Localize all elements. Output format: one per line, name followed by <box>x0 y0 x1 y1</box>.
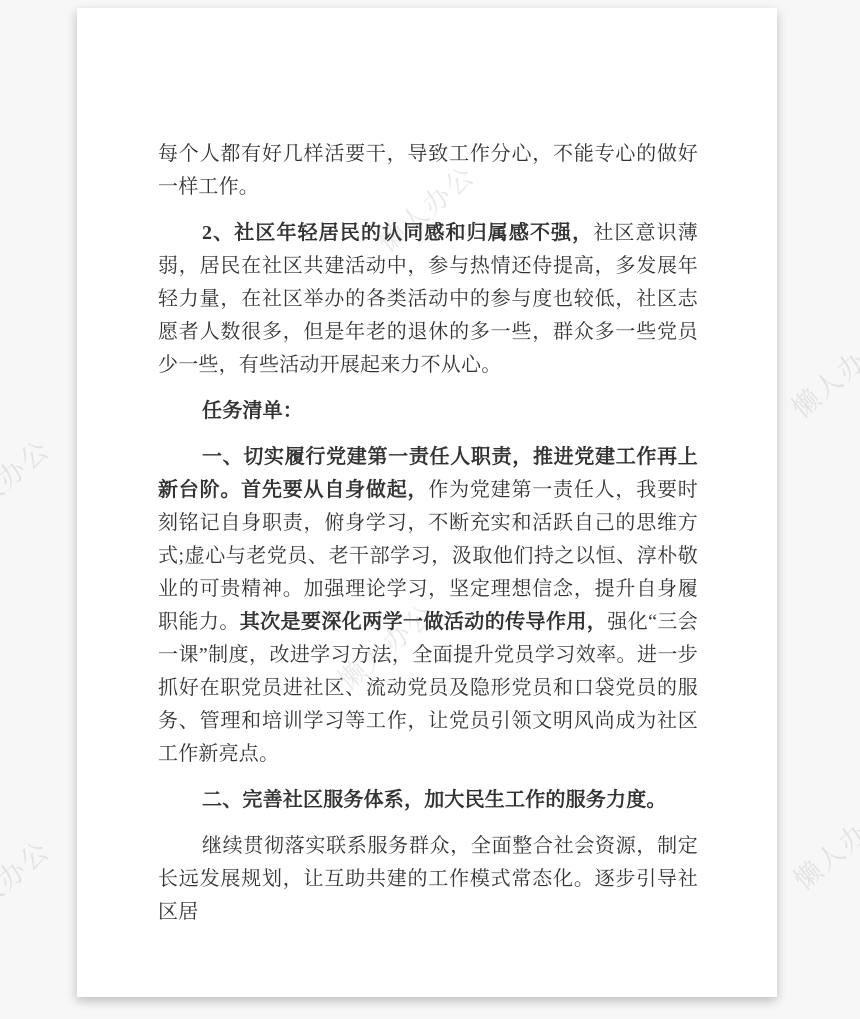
document-body: 每个人都有好几样活要干，导致工作分心，不能专心的做好一样工作。2、社区年轻居民的… <box>158 138 698 942</box>
paragraph: 每个人都有好几样活要干，导致工作分心，不能专心的做好一样工作。 <box>158 138 698 204</box>
text-run: 2、社区年轻居民的认同感和归属感不强， <box>202 222 593 244</box>
text-run: 社区意识薄弱，居民在社区共建活动中，参与热情还侍提高，多发展年轻力量，在社区举办… <box>158 222 698 376</box>
watermark-text: 懒人办公 <box>782 321 860 425</box>
text-run: 二、完善社区服务体系，加大民生工作的服务力度。 <box>202 789 667 811</box>
paragraph: 一、切实履行党建第一责任人职责，推进党建工作再上新台阶。首先要从自身做起，作为党… <box>158 441 698 771</box>
paragraph: 2、社区年轻居民的认同感和归属感不强，社区意识薄弱，居民在社区共建活动中，参与热… <box>158 217 698 382</box>
watermark-text: 懒人办公 <box>784 793 860 897</box>
paragraph: 继续贯彻落实联系服务群众，全面整合社会资源，制定长远发展规划，让互助共建的工作模… <box>158 830 698 929</box>
text-run: 作为党建第一责任人，我要时刻铭记自身职责，俯身学习，不断充实和活跃自己的思维方式… <box>158 479 698 633</box>
text-run: 其次是要深化两学一做活动的传导作用， <box>240 611 608 633</box>
text-run: 强化“三会一课”制度，改进学习方法，全面提升党员学习效率。进一步抓好在职党员进社… <box>158 611 698 765</box>
watermark-text: 懒人办公 <box>0 830 57 934</box>
paragraph: 二、完善社区服务体系，加大民生工作的服务力度。 <box>158 784 698 817</box>
text-run: 任务清单： <box>202 400 303 422</box>
text-run: 每个人都有好几样活要干，导致工作分心，不能专心的做好一样工作。 <box>158 143 698 198</box>
watermark-text: 懒人办公 <box>0 429 57 533</box>
text-run: 继续贯彻落实联系服务群众，全面整合社会资源，制定长远发展规划，让互助共建的工作模… <box>158 835 698 923</box>
document-page: 每个人都有好几样活要干，导致工作分心，不能专心的做好一样工作。2、社区年轻居民的… <box>77 8 777 997</box>
paragraph: 任务清单： <box>158 395 698 428</box>
